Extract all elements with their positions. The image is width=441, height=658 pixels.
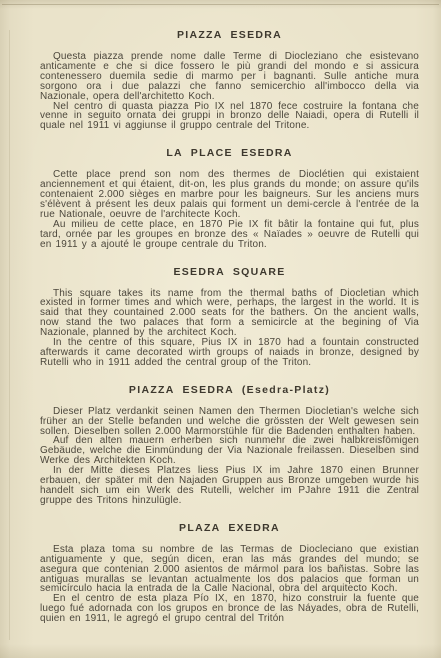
paragraph: In the centre of this square, Pius IX in… — [40, 338, 419, 368]
paragraph: Au milieu de cette place, en 1870 Pie IX… — [40, 220, 419, 250]
paragraph: Esta plaza toma su nombre de las Termas … — [40, 545, 419, 595]
paragraph: In der Mitte dieses Platzes liess Pius I… — [40, 466, 419, 506]
paragraph: Auf den alten mauern erherben sich nunme… — [40, 436, 419, 466]
paragraph: Cette place prend son nom des thermes de… — [40, 170, 419, 220]
scanned-page: PIAZZA ESEDRA Questa piazza prende nome … — [0, 0, 441, 658]
section-french: LA PLACE ESEDRA Cette place prend son no… — [40, 148, 419, 249]
paragraph: Nel centro di quasta piazza Pio IX nel 1… — [40, 102, 419, 132]
section-heading-italian: PIAZZA ESEDRA — [40, 30, 419, 41]
section-heading-german: PIAZZA ESEDRA (Esedra-Platz) — [40, 385, 419, 396]
paragraph: Dieser Platz verdankit seinen Namen den … — [40, 407, 419, 437]
section-heading-spanish: PLAZA EXEDRA — [40, 523, 419, 534]
section-heading-french: LA PLACE ESEDRA — [40, 148, 419, 159]
section-italian: PIAZZA ESEDRA Questa piazza prende nome … — [40, 30, 419, 131]
page-content: PIAZZA ESEDRA Questa piazza prende nome … — [40, 30, 419, 624]
section-english: ESEDRA SQUARE This square takes its name… — [40, 267, 419, 368]
paragraph: Questa piazza prende nome dalle Terme di… — [40, 52, 419, 102]
section-german: PIAZZA ESEDRA (Esedra-Platz) Dieser Plat… — [40, 385, 419, 506]
paragraph: This square takes its name from the ther… — [40, 289, 419, 339]
paragraph: En el centro de esta plaza Pío IX, en 18… — [40, 594, 419, 624]
section-heading-english: ESEDRA SQUARE — [40, 267, 419, 278]
section-spanish: PLAZA EXEDRA Esta plaza toma su nombre d… — [40, 523, 419, 624]
